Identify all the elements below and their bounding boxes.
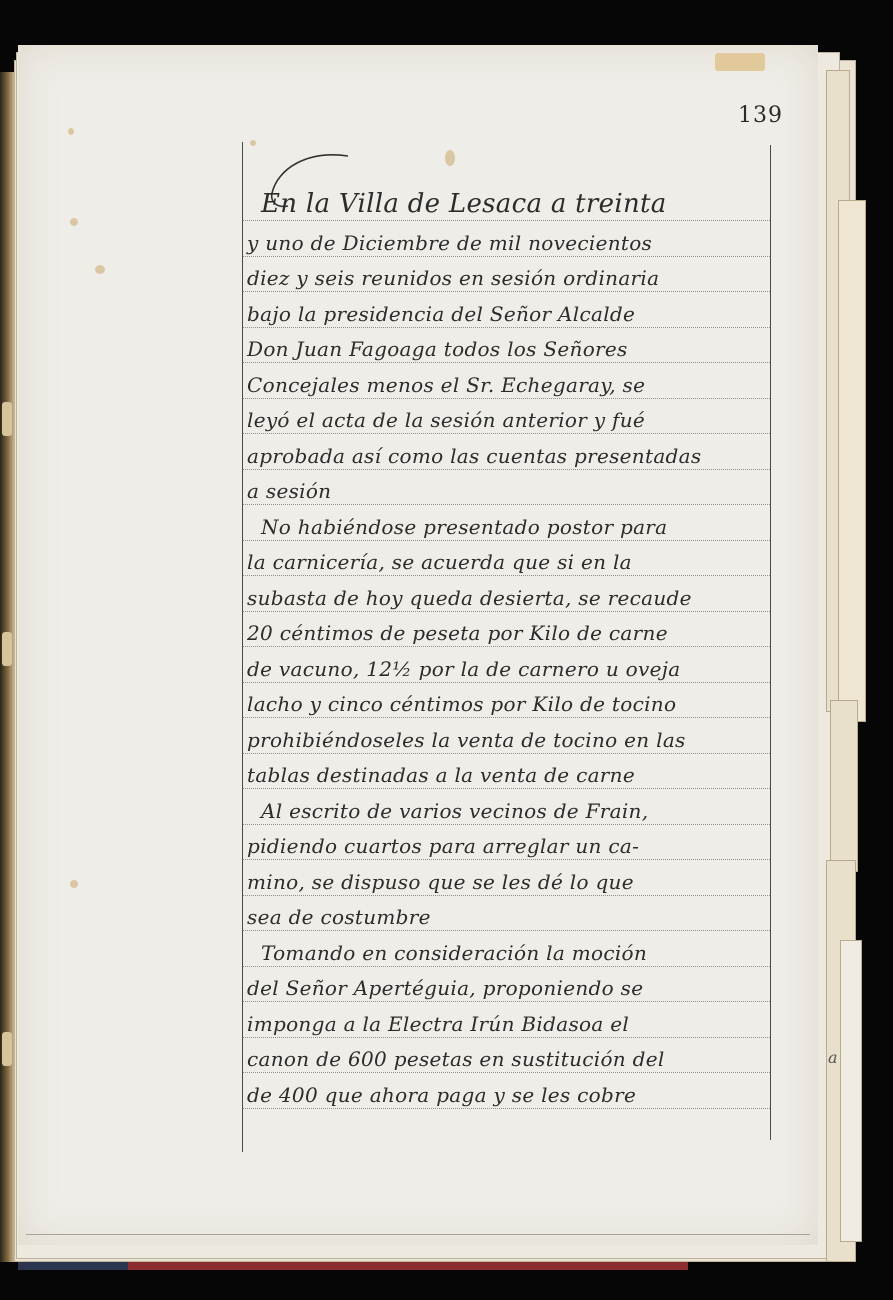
text-line: Tomando en consideración la moción	[243, 933, 770, 967]
text-line: la carnicería, se acuerda que si en la	[243, 542, 770, 576]
text-line-content: En la Villa de Lesaca a treinta	[261, 189, 667, 219]
text-line-content: 20 céntimos de peseta por Kilo de carne	[247, 621, 668, 645]
page-number: 139	[738, 103, 783, 128]
margin-note: a	[828, 1048, 838, 1067]
right-margin-rule	[770, 145, 771, 1140]
text-line: 20 céntimos de peseta por Kilo de carne	[243, 613, 770, 647]
text-line-content: la carnicería, se acuerda que si en la	[247, 550, 632, 574]
text-line: Don Juan Fagoaga todos los Señores	[243, 329, 770, 363]
text-line-content: pidiendo cuartos para arreglar un ca-	[247, 834, 639, 858]
book-cover-edge	[18, 1262, 688, 1270]
text-line: subasta de hoy queda desierta, se recaud…	[243, 578, 770, 612]
text-line-content: Don Juan Fagoaga todos los Señores	[247, 337, 628, 361]
foxing-stain	[445, 150, 455, 166]
text-line: Concejales menos el Sr. Echegaray, se	[243, 365, 770, 399]
binding-ring	[2, 632, 12, 666]
book-binding-left	[0, 72, 14, 1262]
text-line: bajo la presidencia del Señor Alcalde	[243, 294, 770, 328]
text-line: y uno de Diciembre de mil novecientos	[243, 223, 770, 257]
text-line: lacho y cinco céntimos por Kilo de tocin…	[243, 684, 770, 718]
text-line-content: bajo la presidencia del Señor Alcalde	[247, 302, 635, 326]
text-line: leyó el acta de la sesión anterior y fué	[243, 400, 770, 434]
text-line: aprobada así como las cuentas presentada…	[243, 436, 770, 470]
foxing-stain	[68, 128, 74, 135]
text-line-content: y uno de Diciembre de mil novecientos	[247, 231, 652, 255]
text-line-content: diez y seis reunidos en sesión ordinaria	[247, 266, 659, 290]
text-line: Al escrito de varios vecinos de Frain,	[243, 791, 770, 825]
text-line: tablas destinadas a la venta de carne	[243, 755, 770, 789]
text-line: del Señor Apertéguia, proponiendo se	[243, 968, 770, 1002]
text-line-content: imponga a la Electra Irún Bidasoa el	[247, 1012, 629, 1036]
text-line-content: de vacuno, 12½ por la de carnero u oveja	[247, 657, 680, 681]
foxing-stain	[250, 140, 256, 146]
text-line-content: sea de costumbre	[247, 905, 431, 929]
text-line: canon de 600 pesetas en sustitución del	[243, 1039, 770, 1073]
text-line-content: de 400 que ahora paga y se les cobre	[247, 1083, 636, 1107]
text-line-content: Al escrito de varios vecinos de Frain,	[261, 799, 648, 823]
text-line-content: aprobada así como las cuentas presentada…	[247, 444, 701, 468]
text-line: a sesión	[243, 471, 770, 505]
text-line-content: subasta de hoy queda desierta, se recaud…	[247, 586, 692, 610]
text-line: de vacuno, 12½ por la de carnero u oveja	[243, 649, 770, 683]
text-line-content: del Señor Apertéguia, proponiendo se	[247, 976, 643, 1000]
foxing-stain	[70, 218, 78, 226]
text-line: sea de costumbre	[243, 897, 770, 931]
text-line-content: prohibiéndoseles la venta de tocino en l…	[247, 728, 686, 752]
binding-ring	[2, 402, 12, 436]
text-line: No habiéndose presentado postor para	[243, 507, 770, 541]
text-line: prohibiéndoseles la venta de tocino en l…	[243, 720, 770, 754]
text-line: pidiendo cuartos para arreglar un ca-	[243, 826, 770, 860]
text-line-content: tablas destinadas a la venta de carne	[247, 763, 635, 787]
text-line-content: Tomando en consideración la moción	[261, 941, 647, 965]
text-line-content: leyó el acta de la sesión anterior y fué	[247, 408, 645, 432]
text-line-content: mino, se dispuso que se les dé lo que	[247, 870, 634, 894]
text-line: de 400 que ahora paga y se les cobre	[243, 1075, 770, 1109]
tape-mark	[715, 53, 765, 71]
text-line-content: a sesión	[247, 479, 331, 503]
binding-ring	[2, 1032, 12, 1066]
text-line: mino, se dispuso que se les dé lo que	[243, 862, 770, 896]
text-line-content: No habiéndose presentado postor para	[261, 515, 667, 539]
text-line: imponga a la Electra Irún Bidasoa el	[243, 1004, 770, 1038]
text-line-content: canon de 600 pesetas en sustitución del	[247, 1047, 665, 1071]
text-line: En la Villa de Lesaca a treinta	[243, 187, 770, 221]
text-line-content: Concejales menos el Sr. Echegaray, se	[247, 373, 645, 397]
foxing-stain	[95, 265, 105, 274]
text-line-content: lacho y cinco céntimos por Kilo de tocin…	[247, 692, 676, 716]
text-line: diez y seis reunidos en sesión ordinaria	[243, 258, 770, 292]
foxing-stain	[70, 880, 78, 888]
